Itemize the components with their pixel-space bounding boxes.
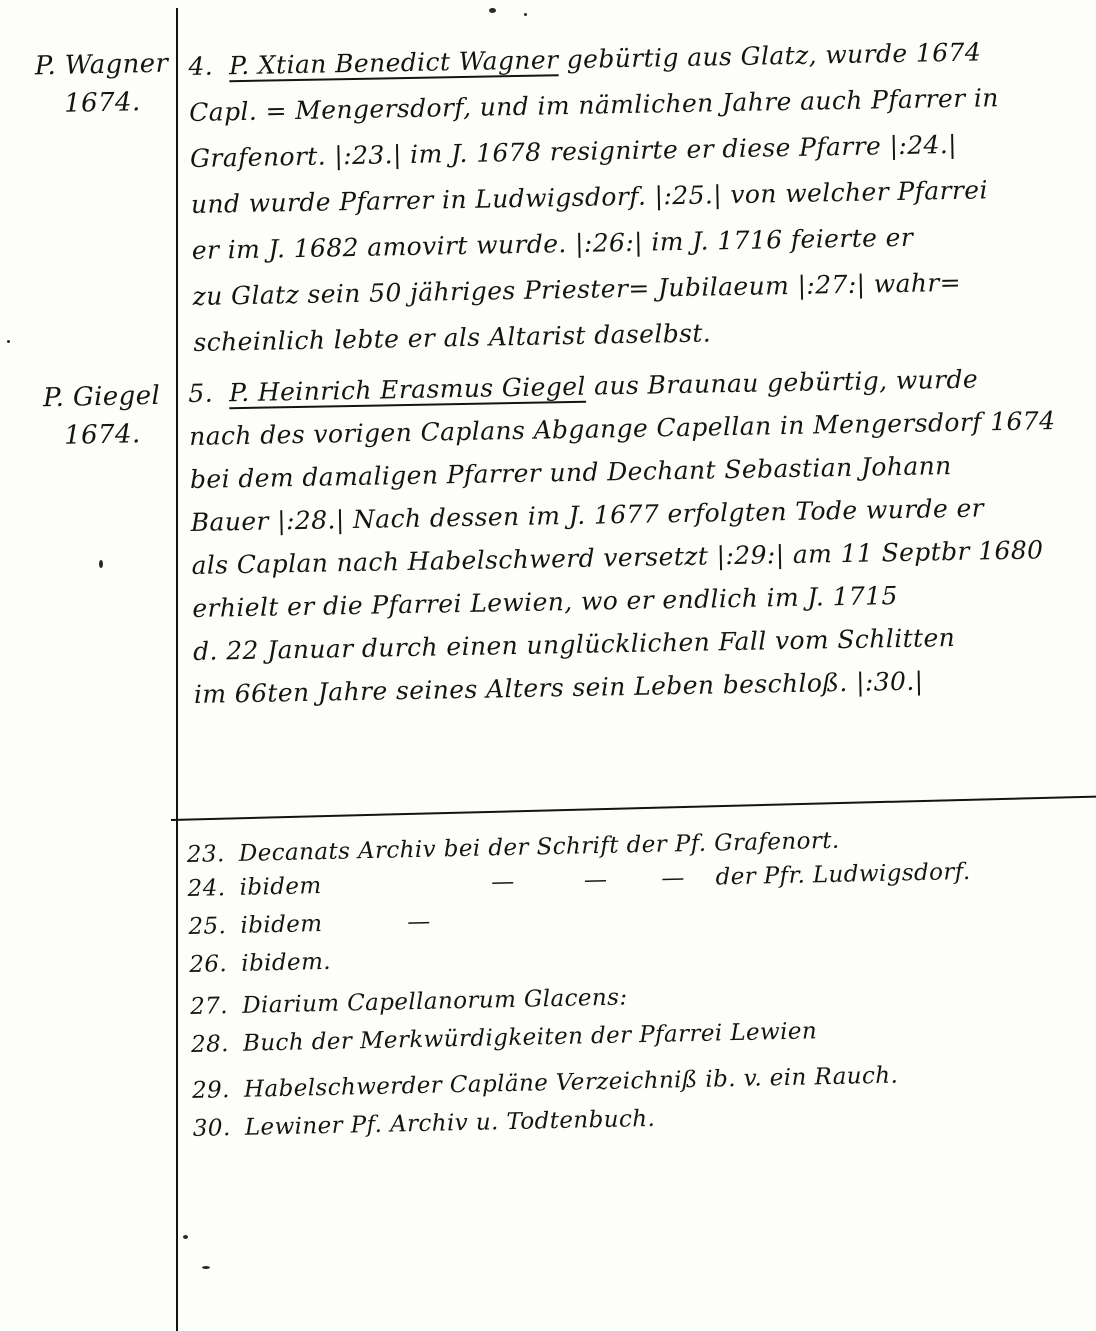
- footnote-number: 24.: [187, 873, 240, 904]
- entry-person-name: P. Heinrich Erasmus Giegel: [229, 372, 586, 408]
- ink-speck: [99, 560, 103, 568]
- footnote-number: 29.: [192, 1075, 245, 1106]
- footnote-number: 25.: [188, 911, 241, 942]
- margin-note-name: P. Wagner: [33, 45, 170, 86]
- ink-speck: [202, 1266, 210, 1269]
- footnote-text: Habelschwerder Capläne Verzeichniß ib. v…: [244, 1061, 899, 1105]
- entry-number: 5.: [188, 372, 213, 415]
- footnote-number: 26.: [189, 949, 242, 980]
- entry-head-rest: gebürtig aus Glatz, wurde 1674: [558, 37, 981, 74]
- footnote-number: 30.: [193, 1113, 246, 1144]
- footnote-text: Lewiner Pf. Archiv u. Todtenbuch.: [245, 1104, 656, 1143]
- ink-speck: [524, 13, 527, 16]
- ink-speck: [183, 1235, 188, 1239]
- footnote-text: ibidem.: [241, 947, 331, 979]
- margin-note-giegel: P. Giegel 1674.: [33, 377, 171, 456]
- footnote-number: 23.: [187, 839, 240, 870]
- entry-person-name: P. Xtian Benedict Wagner: [229, 45, 559, 80]
- footnote-number: 28.: [191, 1029, 244, 1060]
- entry-number: 4.: [188, 44, 213, 90]
- manuscript-page: P. Wagner 1674. P. Giegel 1674. 4.P. Xti…: [0, 0, 1096, 1331]
- vertical-margin-rule: [176, 8, 178, 1331]
- entry-body: nach des vorigen Caplans Abgange Capella…: [189, 399, 1090, 716]
- margin-note-year: 1674.: [34, 415, 171, 456]
- entry-5: 5.P. Heinrich Erasmus Giegel aus Braunau…: [188, 356, 1090, 716]
- footnote-number: 27.: [190, 991, 243, 1022]
- footnotes-section: 23. Decanats Archiv bei der Schrift der …: [186, 794, 1093, 1144]
- margin-note-name: P. Giegel: [33, 377, 170, 418]
- ink-speck: [7, 340, 10, 343]
- entry-head-rest: aus Braunau gebürtig, wurde: [586, 365, 979, 401]
- footnote-text: ibidem —: [240, 907, 431, 941]
- entry-4: 4.P. Xtian Benedict Wagner gebürtig aus …: [188, 28, 1090, 366]
- margin-note-wagner: P. Wagner 1674.: [33, 45, 171, 124]
- ink-speck: [489, 8, 496, 13]
- margin-note-year: 1674.: [34, 83, 171, 124]
- footnote-text: Diarium Capellanorum Glacens:: [242, 982, 628, 1020]
- entry-body: Capl. = Mengersdorf, und im nämlichen Ja…: [189, 74, 1090, 366]
- footnote-text: Buch der Merkwürdigkeiten der Pfarrei Le…: [243, 1016, 818, 1059]
